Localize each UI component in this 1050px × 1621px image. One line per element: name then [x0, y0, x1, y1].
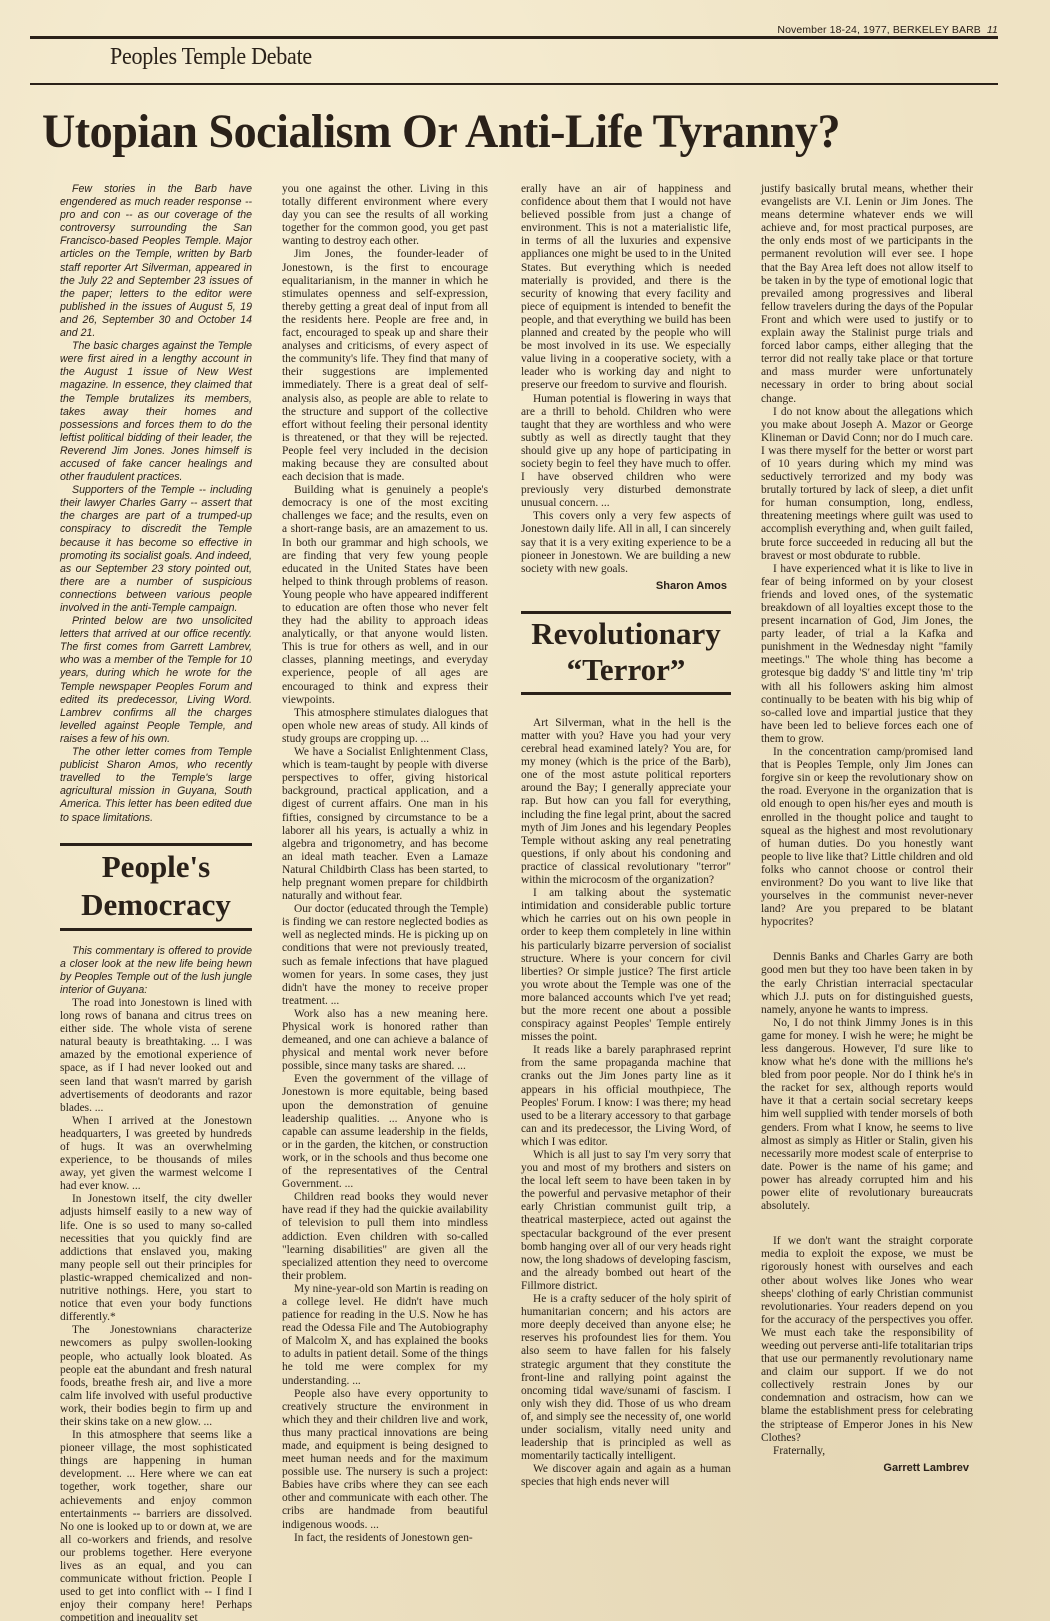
- newspaper-page: November 18-24, 1977, BERKELEY BARB11 Pe…: [30, 0, 1028, 1621]
- signature-garrett-lambrev: Garrett Lambrev: [761, 1462, 969, 1475]
- amos-intro: This commentary is offered to provide a …: [60, 945, 252, 997]
- body-paragraph: The Jonestownians characterize newcomers…: [60, 1324, 252, 1429]
- body-paragraph: Building what is genuinely a people's de…: [282, 484, 488, 707]
- paragraph-gap: [761, 1213, 973, 1235]
- body-paragraph: This atmosphere stimulates dialogues tha…: [282, 707, 488, 746]
- section-rule: [30, 83, 998, 85]
- body-paragraph: Jim Jones, the founder-leader of Jonesto…: [282, 248, 488, 484]
- body-paragraph: Human potential is flowering in ways tha…: [521, 393, 731, 511]
- body-paragraph: Which is all just to say I'm very sorry …: [521, 1149, 731, 1293]
- intro-paragraph: The other letter comes from Temple publi…: [60, 746, 252, 825]
- top-rule: [30, 36, 998, 39]
- intro-paragraph: Supporters of the Temple -- including th…: [60, 484, 252, 615]
- body-paragraph: justify basically brutal means, whether …: [761, 183, 973, 406]
- intro-paragraph: Printed below are two unsolicited letter…: [60, 615, 252, 746]
- subhead-line-1: Revolutionary: [521, 616, 731, 652]
- closing-fraternally: Fraternally,: [761, 1445, 973, 1458]
- editor-intro: Few stories in the Barb have engendered …: [60, 183, 252, 825]
- body-paragraph: We discover again and again as a human s…: [521, 1463, 731, 1489]
- subhead-line-2: “Terror”: [521, 652, 731, 688]
- body-paragraph: He is a crafty seducer of the holy spiri…: [521, 1293, 731, 1463]
- intro-paragraph: The basic charges against the Temple wer…: [60, 340, 252, 484]
- body-paragraph: No, I do not think Jimmy Jones is in thi…: [761, 1017, 973, 1213]
- body-paragraph: If we don't want the straight corporate …: [761, 1235, 973, 1445]
- body-paragraph: Art Silverman, what in the hell is the m…: [521, 717, 731, 887]
- body-paragraph: This covers only a very few aspects of J…: [521, 510, 731, 575]
- page-headline: Utopian Socialism Or Anti-Life Tyranny?: [42, 104, 964, 159]
- section-title: Peoples Temple Debate: [110, 44, 312, 71]
- body-paragraph: Our doctor (educated through the Temple)…: [282, 903, 488, 1008]
- body-paragraph: My nine-year-old son Martin is reading o…: [282, 1283, 488, 1388]
- paragraph-gap: [761, 929, 973, 951]
- body-paragraph: Children read books they would never hav…: [282, 1191, 488, 1283]
- body-paragraph: I do not know about the allegations whic…: [761, 406, 973, 563]
- signature-sharon-amos: Sharon Amos: [521, 580, 727, 593]
- body-paragraph: Even the government of the village of Jo…: [282, 1073, 488, 1191]
- body-paragraph: you one against the other. Living in thi…: [282, 183, 488, 248]
- page-folio: November 18-24, 1977, BERKELEY BARB11: [777, 24, 998, 36]
- body-paragraph: In Jonestown itself, the city dweller ad…: [60, 1193, 252, 1324]
- body-paragraph: In the concentration camp/promised land …: [761, 746, 973, 929]
- folio-date: November 18-24, 1977, BERKELEY BARB: [777, 24, 981, 36]
- body-paragraph: When I arrived at the Jonestown headquar…: [60, 1115, 252, 1194]
- body-paragraph: Dennis Banks and Charles Garry are both …: [761, 951, 973, 1016]
- intro-paragraph: Few stories in the Barb have engendered …: [60, 183, 252, 340]
- subhead-revolutionary-terror: Revolutionary “Terror”: [521, 611, 731, 695]
- amos-intro-text: This commentary is offered to provide a …: [60, 945, 252, 997]
- column-4: justify basically brutal means, whether …: [761, 183, 973, 1475]
- body-paragraph: In this atmosphere that seems like a pio…: [60, 1429, 252, 1621]
- body-paragraph: Work also has a new meaning here. Physic…: [282, 1008, 488, 1073]
- body-paragraph: People also have every opportunity to cr…: [282, 1388, 488, 1532]
- body-paragraph: erally have an air of happiness and conf…: [521, 183, 731, 393]
- body-paragraph: In fact, the residents of Jonestown gen-: [282, 1532, 488, 1545]
- page-number: 11: [987, 24, 998, 36]
- body-paragraph: I have experienced what it is like to li…: [761, 563, 973, 746]
- column-2: you one against the other. Living in thi…: [282, 183, 488, 1545]
- subhead-peoples-democracy: People's Democracy: [60, 843, 252, 931]
- column-1: Few stories in the Barb have engendered …: [60, 183, 252, 1621]
- body-paragraph: I am talking about the systematic intimi…: [521, 887, 731, 1044]
- body-paragraph: The road into Jonestown is lined with lo…: [60, 997, 252, 1115]
- body-paragraph: We have a Socialist Enlightenment Class,…: [282, 746, 488, 903]
- column-3: erally have an air of happiness and conf…: [521, 183, 731, 1489]
- body-paragraph: It reads like a barely paraphrased repri…: [521, 1044, 731, 1149]
